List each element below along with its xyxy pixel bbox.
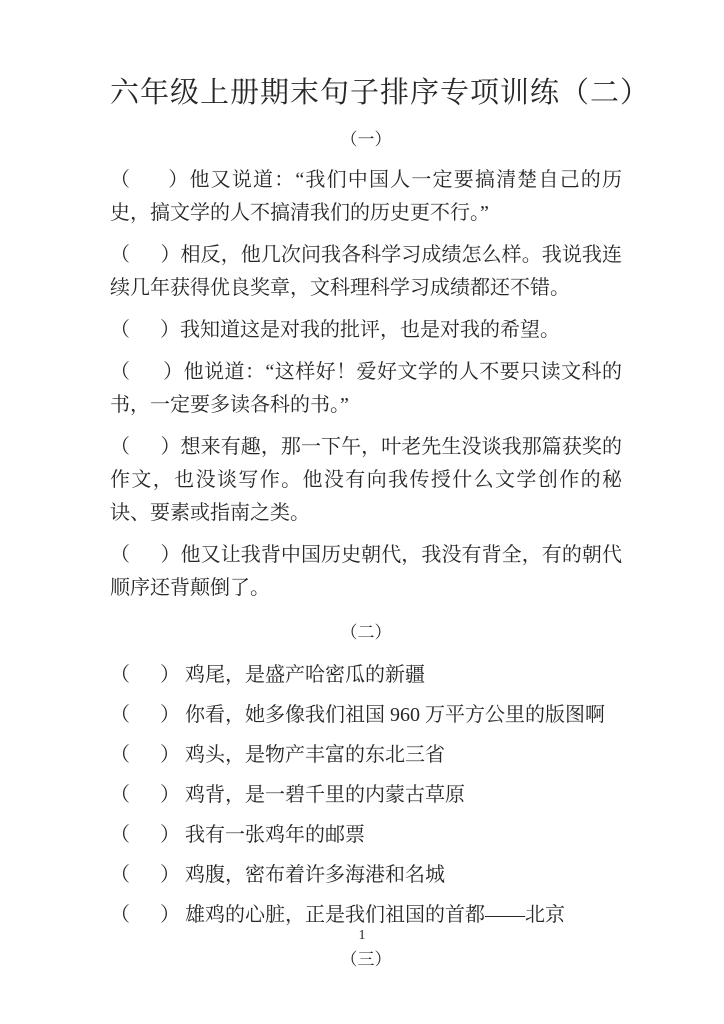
exercise-item: （ ） 鸡背，是一碧千里的内蒙古草原 (110, 779, 622, 812)
exercise-item: （ ） 你看，她多像我们祖国 960 万平方公里的版图啊 (110, 699, 622, 732)
exercise-item: （ ）他又说道：“我们中国人一定要搞清楚自己的历史，搞文学的人不搞清我们的历史更… (110, 164, 622, 230)
exercise-item: （ ）想来有趣，那一下午，叶老先生没谈我那篇获奖的作文，也没谈写作。他没有向我传… (110, 431, 622, 530)
document-content: 六年级上册期末句子排序专项训练（二） （一） （ ）他又说道：“我们中国人一定要… (0, 0, 724, 972)
exercise-item: （ ）相反，他几次问我各科学习成绩怎么样。我说我连续几年获得优良奖章，文科理科学… (110, 239, 622, 305)
exercise-item: （ ）他说道：“这样好！爱好文学的人不要只读文科的书，一定要多读各科的书。” (110, 356, 622, 422)
section-2: （ ） 鸡尾，是盛产哈密瓜的新疆 （ ） 你看，她多像我们祖国 960 万平方公… (110, 659, 622, 932)
section-1-heading: （一） (110, 128, 622, 152)
section-3-heading: （三） (110, 948, 622, 972)
document-page: 六年级上册期末句子排序专项训练（二） （一） （ ）他又说道：“我们中国人一定要… (0, 0, 724, 1024)
page-number: 1 (0, 928, 724, 944)
exercise-item: （ ）他又让我背中国历史朝代，我没有背全，有的朝代顺序还背颠倒了。 (110, 539, 622, 605)
exercise-item: （ ） 鸡腹，密布着许多海港和名城 (110, 859, 622, 892)
exercise-item: （ ）我知道这是对我的批评，也是对我的希望。 (110, 314, 622, 347)
exercise-item: （ ） 我有一张鸡年的邮票 (110, 819, 622, 852)
exercise-item: （ ） 鸡头，是物产丰富的东北三省 (110, 739, 622, 772)
section-2-heading: （二） (110, 621, 622, 645)
exercise-item: （ ） 鸡尾，是盛产哈密瓜的新疆 (110, 659, 622, 692)
document-title: 六年级上册期末句子排序专项训练（二） (110, 72, 622, 114)
section-1: （ ）他又说道：“我们中国人一定要搞清楚自己的历史，搞文学的人不搞清我们的历史更… (110, 164, 622, 605)
